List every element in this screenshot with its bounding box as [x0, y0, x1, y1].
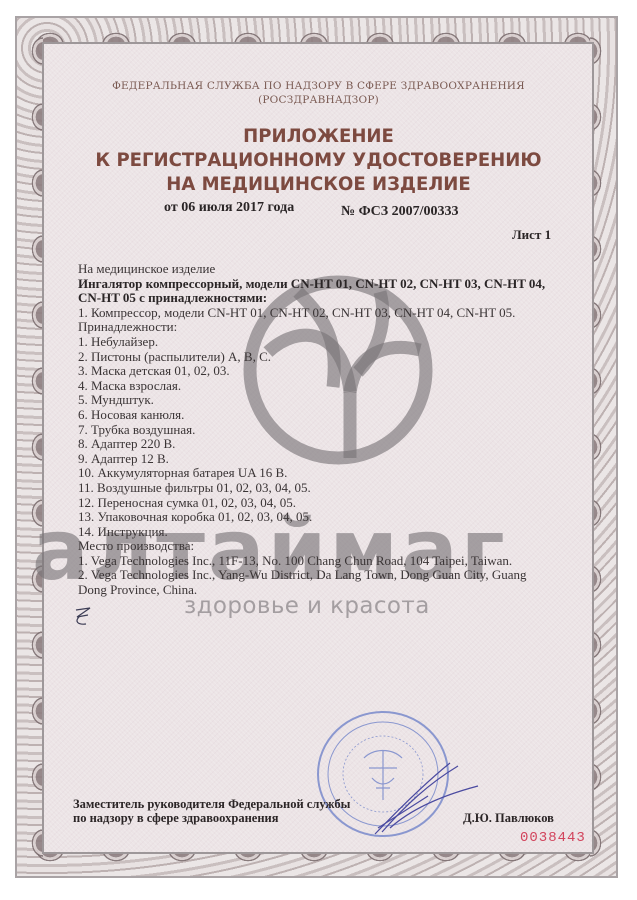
accessory-item: 1. Небулайзер. [78, 335, 558, 350]
product-name-line-1: Ингалятор компрессорный, модели CN-HT 01… [78, 277, 558, 292]
accessory-item: 13. Упаковочная коробка 01, 02, 03, 04, … [78, 510, 558, 525]
manufacture-site: 2. Vega Technologies Inc., Yang-Wu Distr… [78, 568, 558, 597]
accessory-item: 5. Мундштук. [78, 393, 558, 408]
document-body: На медицинское изделие Ингалятор компрес… [78, 262, 558, 598]
accessory-item: 4. Маска взрослая. [78, 379, 558, 394]
accessory-item: 14. Инструкция. [78, 525, 558, 540]
title-line-2: К РЕГИСТРАЦИОННОМУ УДОСТОВЕРЕНИЮ [16, 148, 621, 172]
accessory-item: 10. Аккумуляторная батарея UA 16 В. [78, 466, 558, 481]
agency-name: ФЕДЕРАЛЬНАЯ СЛУЖБА ПО НАДЗОРУ В СФЕРЕ ЗД… [0, 79, 637, 94]
accessory-item: 11. Воздушные фильтры 01, 02, 03, 04, 05… [78, 481, 558, 496]
product-name-line-2: CN-HT 05 с принадлежностями: [78, 291, 558, 306]
compressor-item: 1. Компрессор, модели CN-HT 01, CN-HT 02… [78, 306, 558, 321]
accessory-item: 3. Маска детская 01, 02, 03. [78, 364, 558, 379]
initials-signature-icon [72, 605, 96, 627]
manufacture-label: Место производства: [78, 539, 558, 554]
accessory-item: 6. Носовая канюля. [78, 408, 558, 423]
serial-number: 0038443 [520, 830, 586, 846]
manufacture-site: 1. Vega Technologies Inc., 11F-13, No. 1… [78, 554, 558, 569]
signer-position-line-2: по надзору в сфере здравоохранения [73, 810, 279, 827]
title-line-1: ПРИЛОЖЕНИЕ [16, 124, 621, 148]
intro-text: На медицинское изделие [78, 262, 558, 277]
certificate-date: от 06 июля 2017 года [164, 200, 294, 216]
accessory-item: 9. Адаптер 12 В. [78, 452, 558, 467]
accessory-item: 12. Переносная сумка 01, 02, 03, 04, 05. [78, 496, 558, 511]
accessory-item: 7. Трубка воздушная. [78, 423, 558, 438]
title-line-3: НА МЕДИЦИНСКОЕ ИЗДЕЛИЕ [16, 172, 621, 196]
sheet-number: Лист 1 [512, 227, 551, 243]
agency-abbrev: (РОСЗДРАВНАДЗОР) [0, 93, 637, 108]
certificate-number: № ФСЗ 2007/00333 [341, 204, 458, 220]
accessories-label: Принадлежности: [78, 320, 558, 335]
signer-name: Д.Ю. Павлюков [463, 810, 554, 827]
accessory-item: 2. Пистоны (распылители) A, B, C. [78, 350, 558, 365]
accessory-item: 8. Адаптер 220 В. [78, 437, 558, 452]
